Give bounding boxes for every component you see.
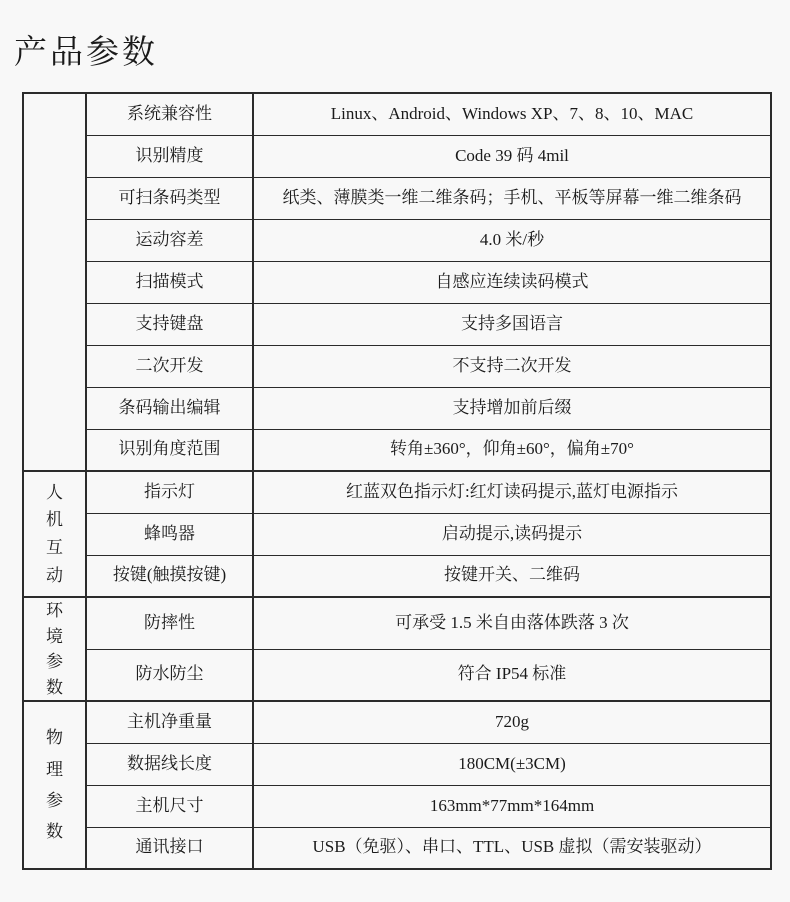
table-row: 条码输出编辑 支持增加前后缀 xyxy=(23,387,771,429)
param-name: 蜂鸣器 xyxy=(86,513,253,555)
param-value: 可承受 1.5 米自由落体跌落 3 次 xyxy=(253,597,771,649)
param-name: 系统兼容性 xyxy=(86,93,253,135)
table-row: 物理参数 主机净重量 720g xyxy=(23,701,771,743)
table-row: 主机尺寸 163mm*77mm*164mm xyxy=(23,785,771,827)
spec-table: 系统兼容性 Linux、Android、Windows XP、7、8、10、MA… xyxy=(22,92,772,870)
param-value: 启动提示,读码提示 xyxy=(253,513,771,555)
table-row: 识别角度范围 转角±360°，仰角±60°，偏角±70° xyxy=(23,429,771,471)
param-value: 按键开关、二维码 xyxy=(253,555,771,597)
group-label-human-machine: 人机互动 xyxy=(23,471,86,597)
group-label-text: 环境参数 xyxy=(45,598,65,700)
group-label-environment: 环境参数 xyxy=(23,597,86,701)
param-name: 条码输出编辑 xyxy=(86,387,253,429)
group-label-text: 物理参数 xyxy=(45,722,65,848)
param-name: 数据线长度 xyxy=(86,743,253,785)
param-value: 红蓝双色指示灯:红灯读码提示,蓝灯电源指示 xyxy=(253,471,771,513)
table-row: 运动容差 4.0 米/秒 xyxy=(23,219,771,261)
param-value: 4.0 米/秒 xyxy=(253,219,771,261)
table-row: 数据线长度 180CM(±3CM) xyxy=(23,743,771,785)
param-value: Code 39 码 4mil xyxy=(253,135,771,177)
param-name: 指示灯 xyxy=(86,471,253,513)
param-value: 163mm*77mm*164mm xyxy=(253,785,771,827)
param-value: Linux、Android、Windows XP、7、8、10、MAC xyxy=(253,93,771,135)
param-name: 扫描模式 xyxy=(86,261,253,303)
param-value: 纸类、薄膜类一维二维条码；手机、平板等屏幕一维二维条码 xyxy=(253,177,771,219)
param-value: 支持增加前后缀 xyxy=(253,387,771,429)
page-title: 产品参数 xyxy=(14,32,158,72)
param-name: 可扫条码类型 xyxy=(86,177,253,219)
group-label-physical: 物理参数 xyxy=(23,701,86,869)
table-row: 支持键盘 支持多国语言 xyxy=(23,303,771,345)
param-name: 防水防尘 xyxy=(86,649,253,701)
param-value: 720g xyxy=(253,701,771,743)
param-value: 支持多国语言 xyxy=(253,303,771,345)
group-label-general xyxy=(23,93,86,471)
param-value: 180CM(±3CM) xyxy=(253,743,771,785)
table-row: 可扫条码类型 纸类、薄膜类一维二维条码；手机、平板等屏幕一维二维条码 xyxy=(23,177,771,219)
param-name: 运动容差 xyxy=(86,219,253,261)
param-name: 识别精度 xyxy=(86,135,253,177)
param-name: 防摔性 xyxy=(86,597,253,649)
param-value: 不支持二次开发 xyxy=(253,345,771,387)
param-name: 主机净重量 xyxy=(86,701,253,743)
group-label-text: 人机互动 xyxy=(45,479,65,589)
product-parameters-page: 产品参数 系统兼容性 Linux、Android、Windows XP、7、8、… xyxy=(0,0,790,902)
table-row: 识别精度 Code 39 码 4mil xyxy=(23,135,771,177)
table-row: 防水防尘 符合 IP54 标准 xyxy=(23,649,771,701)
table-row: 按键(触摸按键) 按键开关、二维码 xyxy=(23,555,771,597)
param-value: USB（免驱）、串口、TTL、USB 虚拟（需安装驱动） xyxy=(253,827,771,869)
table-row: 蜂鸣器 启动提示,读码提示 xyxy=(23,513,771,555)
param-name: 按键(触摸按键) xyxy=(86,555,253,597)
param-value: 自感应连续读码模式 xyxy=(253,261,771,303)
table-row: 系统兼容性 Linux、Android、Windows XP、7、8、10、MA… xyxy=(23,93,771,135)
table-row: 人机互动 指示灯 红蓝双色指示灯:红灯读码提示,蓝灯电源指示 xyxy=(23,471,771,513)
param-name: 识别角度范围 xyxy=(86,429,253,471)
table-row: 通讯接口 USB（免驱）、串口、TTL、USB 虚拟（需安装驱动） xyxy=(23,827,771,869)
table-row: 扫描模式 自感应连续读码模式 xyxy=(23,261,771,303)
param-name: 通讯接口 xyxy=(86,827,253,869)
table-row: 环境参数 防摔性 可承受 1.5 米自由落体跌落 3 次 xyxy=(23,597,771,649)
table-row: 二次开发 不支持二次开发 xyxy=(23,345,771,387)
param-value: 转角±360°，仰角±60°，偏角±70° xyxy=(253,429,771,471)
param-name: 支持键盘 xyxy=(86,303,253,345)
param-name: 主机尺寸 xyxy=(86,785,253,827)
param-value: 符合 IP54 标准 xyxy=(253,649,771,701)
param-name: 二次开发 xyxy=(86,345,253,387)
